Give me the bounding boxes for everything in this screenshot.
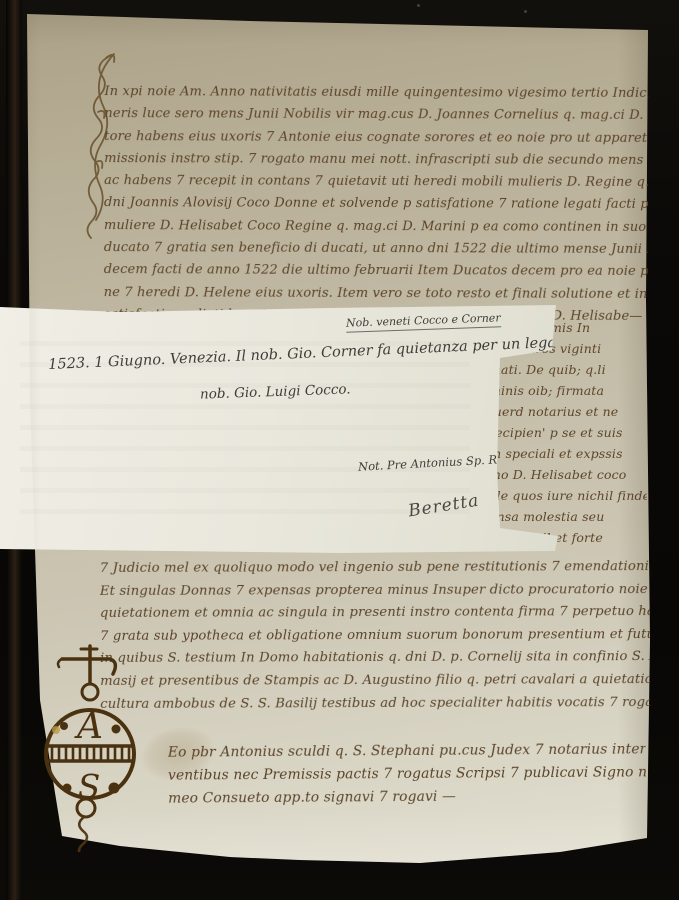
manuscript-line: ne 7 heredi D. Helene eius uxoris. Item … [104, 282, 648, 306]
seal-wavy-tail [79, 817, 87, 852]
manuscript-line: ventibus nec Premissis pactis 7 rogatus … [168, 761, 646, 787]
manuscript-line: in quibus S. testium In Domo habitationi… [100, 646, 650, 671]
manuscript-line: dni Joannis Alovisij Coco Donne et solve… [104, 193, 648, 217]
seal-band-rungs [52, 746, 129, 761]
manuscript-line: ducato 7 gratia sen beneficio di ducati,… [104, 237, 648, 261]
manuscript-line: ac habens 7 recepit in contans 7 quietav… [104, 170, 648, 194]
manuscript-line: tore habens eius uxoris 7 Antonie eius c… [104, 126, 648, 150]
seal-gilt-dot [52, 726, 60, 734]
manuscript-paragraph-1: In xpi noie Am. Anno nativitatis eiusdi … [104, 81, 649, 331]
seal-letter-A: A [74, 706, 103, 747]
manuscript-line: fuerd notarius et ne [489, 401, 647, 422]
manuscript-line: missionis instro stip. 7 rogato manu mei… [104, 148, 648, 172]
manuscript-line: cultura ambobus de S. S. Basilij testibu… [100, 692, 650, 717]
manuscript-line: Et singulas Donnas 7 expensas propterea … [100, 579, 650, 604]
manuscript-line: in speciali et expssis [489, 443, 647, 464]
manuscript-line: neris luce sero mens Junii Nobilis vir m… [104, 103, 648, 127]
manuscript-line: minis oib; firmata [489, 380, 647, 401]
manuscript-line: ansa molestia seu [489, 506, 647, 527]
manuscript-line: 7 Judicio mel ex quoliquo modo vel ingen… [100, 556, 650, 581]
manuscript-paragraph-2: 7 Judicio mel ex quoliquo modo vel ingen… [100, 556, 651, 718]
manuscript-line: decem facti de anno 1522 die ultimo febr… [104, 259, 648, 283]
manuscript-scan: In xpi noie Am. Anno nativitatis eiusdi … [0, 0, 679, 900]
manuscript-line: quietationem et omnia ac singula in pres… [100, 601, 650, 626]
manuscript-line: meo Consueto app.to signavi 7 rogavi — [168, 784, 646, 810]
manuscript-line: recipien' p se et suis [489, 422, 647, 443]
dust-speck [524, 10, 527, 13]
manuscript-line: mo D. Helisabet coco [489, 464, 647, 485]
archival-paper-slip: Nob. veneti Cocco e Corner 1523. 1 Giugn… [0, 300, 566, 556]
manuscript-line: muliere D. Helisabet Coco Regine q. mag.… [104, 215, 648, 239]
seal-letter-S: S [78, 767, 101, 806]
notary-subscription: Eo pbr Antonius sculdi q. S. Stephani pu… [168, 738, 646, 813]
seal-link-ring [82, 684, 98, 700]
manuscript-line: mati. De quib; q.li [489, 359, 647, 380]
manuscript-line: In xpi noie Am. Anno nativitatis eiusdi … [104, 81, 648, 105]
manuscript-line: Eo pbr Antonius sculdi q. S. Stephani pu… [168, 738, 646, 764]
manuscript-line: ale quos iure nichil finde [489, 485, 647, 506]
slip-heading-note: Nob. veneti Cocco e Corner [346, 311, 501, 332]
notarial-signum-seal: A S [34, 642, 138, 852]
dust-speck [417, 4, 420, 7]
manuscript-line: masij et presentibus de Stampis ac D. Au… [100, 669, 650, 694]
manuscript-line: 7 grata sub ypotheca et obligatione omni… [100, 624, 650, 649]
